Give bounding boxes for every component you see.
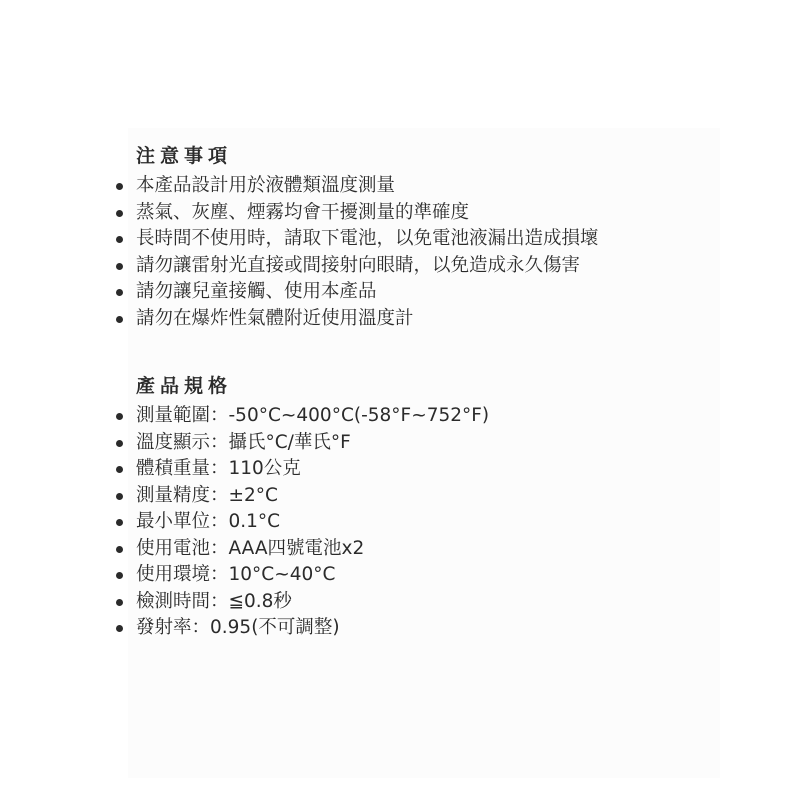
bullet-icon bbox=[116, 263, 123, 270]
spec-item-text: 使用環境：10°C~40°C bbox=[136, 564, 335, 585]
spec-item-text: 最小單位：0.1°C bbox=[136, 511, 280, 532]
spec-item-text: 發射率：0.95(不可調整) bbox=[136, 617, 340, 638]
bullet-icon bbox=[116, 546, 123, 553]
spec-item: 測量精度：±2°C bbox=[112, 483, 489, 510]
spec-item-text: 溫度顯示：攝氏°C/華氏°F bbox=[136, 432, 351, 453]
list-item: 請勿讓兒童接觸、使用本產品 bbox=[112, 279, 599, 306]
bullet-icon bbox=[116, 519, 123, 526]
spec-item: 發射率：0.95(不可調整) bbox=[112, 615, 489, 642]
list-item: 請勿讓雷射光直接或間接射向眼睛，以免造成永久傷害 bbox=[112, 253, 599, 280]
bullet-icon bbox=[116, 493, 123, 500]
spec-item: 測量範圍：-50°C~400°C(-58°F~752°F) bbox=[112, 403, 489, 430]
list-item-text: 請勿讓雷射光直接或間接射向眼睛，以免造成永久傷害 bbox=[136, 255, 580, 276]
list-item-text: 請勿讓兒童接觸、使用本產品 bbox=[136, 281, 377, 302]
bullet-icon bbox=[116, 599, 123, 606]
spec-item: 最小單位：0.1°C bbox=[112, 509, 489, 536]
list-item-text: 長時間不使用時，請取下電池，以免電池液漏出造成損壞 bbox=[136, 228, 599, 249]
bullet-icon bbox=[116, 210, 123, 217]
specifications-section: 產品規格 測量範圍：-50°C~400°C(-58°F~752°F) 溫度顯示：… bbox=[112, 373, 489, 642]
spec-item-text: 測量精度：±2°C bbox=[136, 485, 278, 506]
list-item-text: 本產品設計用於液體類溫度測量 bbox=[136, 175, 395, 196]
bullet-icon bbox=[116, 316, 123, 323]
spec-item-text: 測量範圍：-50°C~400°C(-58°F~752°F) bbox=[136, 405, 489, 426]
list-item-text: 請勿在爆炸性氣體附近使用溫度計 bbox=[136, 308, 414, 329]
specifications-title: 產品規格 bbox=[136, 373, 489, 399]
list-item: 請勿在爆炸性氣體附近使用溫度計 bbox=[112, 306, 599, 333]
specifications-list: 測量範圍：-50°C~400°C(-58°F~752°F) 溫度顯示：攝氏°C/… bbox=[112, 403, 489, 642]
precautions-title: 注意事項 bbox=[136, 143, 599, 169]
bullet-icon bbox=[116, 466, 123, 473]
bullet-icon bbox=[116, 440, 123, 447]
precautions-section: 注意事項 本產品設計用於液體類溫度測量 蒸氣、灰塵、煙霧均會干擾測量的準確度 長… bbox=[112, 143, 599, 332]
spec-item: 體積重量：110公克 bbox=[112, 456, 489, 483]
list-item: 長時間不使用時，請取下電池，以免電池液漏出造成損壞 bbox=[112, 226, 599, 253]
bullet-icon bbox=[116, 572, 123, 579]
bullet-icon bbox=[116, 236, 123, 243]
precautions-list: 本產品設計用於液體類溫度測量 蒸氣、灰塵、煙霧均會干擾測量的準確度 長時間不使用… bbox=[112, 173, 599, 332]
spec-item-text: 使用電池：AAA四號電池x2 bbox=[136, 538, 364, 559]
bullet-icon bbox=[116, 289, 123, 296]
list-item: 蒸氣、灰塵、煙霧均會干擾測量的準確度 bbox=[112, 200, 599, 227]
spec-item: 使用環境：10°C~40°C bbox=[112, 562, 489, 589]
list-item-text: 蒸氣、灰塵、煙霧均會干擾測量的準確度 bbox=[136, 202, 469, 223]
bullet-icon bbox=[116, 413, 123, 420]
spec-item: 檢測時間：≦0.8秒 bbox=[112, 589, 489, 616]
list-item: 本產品設計用於液體類溫度測量 bbox=[112, 173, 599, 200]
spec-item-text: 體積重量：110公克 bbox=[136, 458, 301, 479]
spec-item-text: 檢測時間：≦0.8秒 bbox=[136, 591, 292, 612]
spec-item: 溫度顯示：攝氏°C/華氏°F bbox=[112, 430, 489, 457]
bullet-icon bbox=[116, 625, 123, 632]
bullet-icon bbox=[116, 183, 123, 190]
spec-item: 使用電池：AAA四號電池x2 bbox=[112, 536, 489, 563]
